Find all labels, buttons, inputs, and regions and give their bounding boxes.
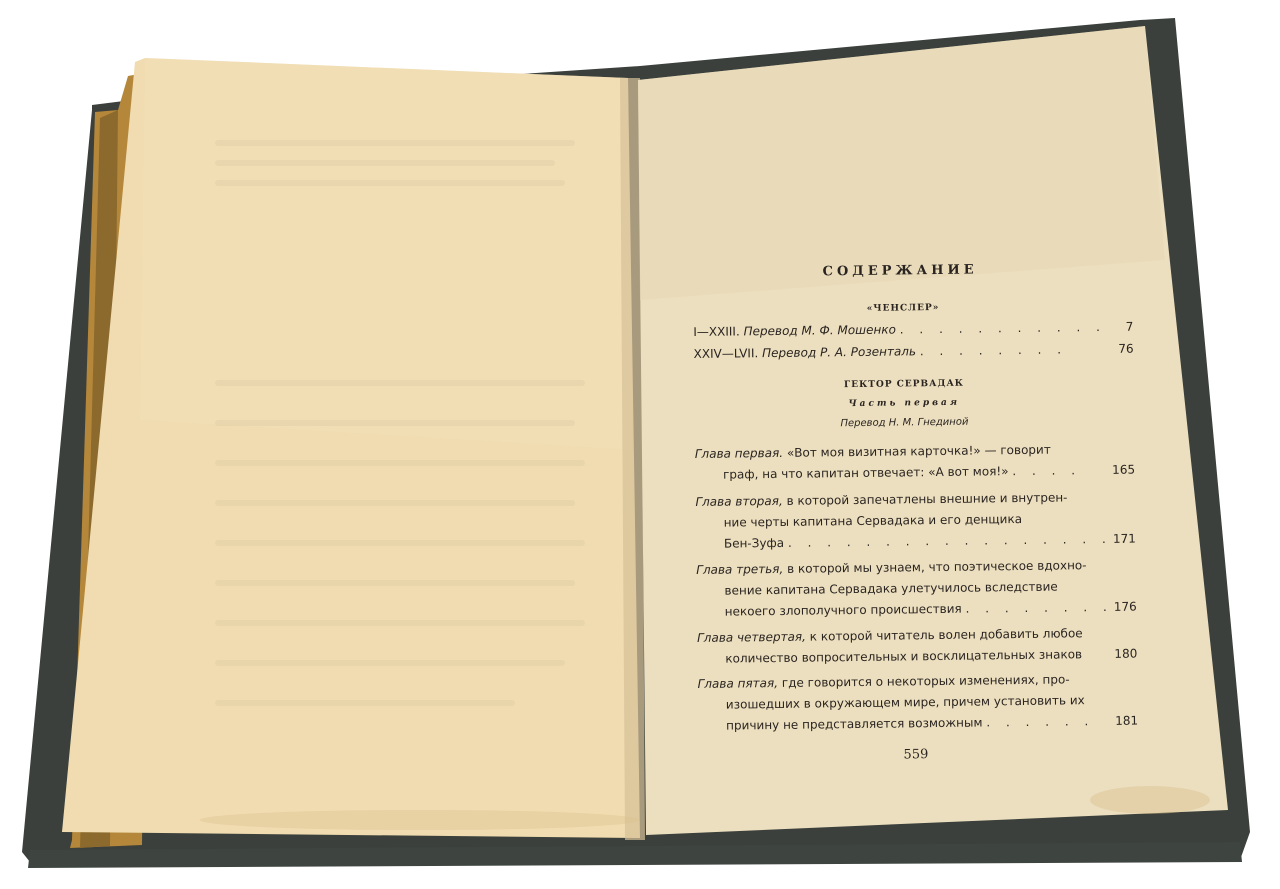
page-number: 76	[1118, 339, 1134, 360]
open-book-photo: СОДЕРЖАНИЕ «ЧЕНСЛЕР» I—XXIII. Перевод М.…	[0, 0, 1280, 889]
toc-entry: Глава третья, в которой мы узнаем, что п…	[696, 555, 1137, 623]
toc-title: СОДЕРЖАНИЕ	[823, 263, 978, 280]
section-heading-hector-servadac: ГЕКТОР СЕРВАДАК	[694, 377, 1114, 392]
page-number: 171	[1113, 529, 1136, 550]
right-page-toc: СОДЕРЖАНИЕ «ЧЕНСЛЕР» I—XXIII. Перевод М.…	[690, 55, 1149, 820]
section-subheading: Часть первая	[694, 396, 1114, 411]
page-folio-number: 559	[903, 747, 928, 762]
toc-entry: XXIV—LVII. Перевод Р. А. Розенталь . . .…	[693, 339, 1133, 365]
page-number: 165	[1112, 460, 1135, 481]
page-number: 176	[1114, 597, 1137, 618]
page-number: 7	[1126, 317, 1134, 338]
toc-entry: Глава пятая, где говорится о некоторых и…	[698, 669, 1139, 737]
section-translator: Перевод Н. М. Гнединой	[694, 415, 1114, 431]
page-number: 181	[1115, 711, 1138, 732]
toc-entry: Глава вторая, в которой запечатлены внеш…	[695, 487, 1136, 555]
page-number: 180	[1114, 644, 1137, 665]
section-heading-chancellor: «ЧЕНСЛЕР»	[693, 301, 1113, 316]
toc-entry: Глава первая. «Вот моя визитная карточка…	[695, 439, 1135, 486]
toc-entry: Глава четвертая, к которой читатель воле…	[697, 623, 1137, 670]
